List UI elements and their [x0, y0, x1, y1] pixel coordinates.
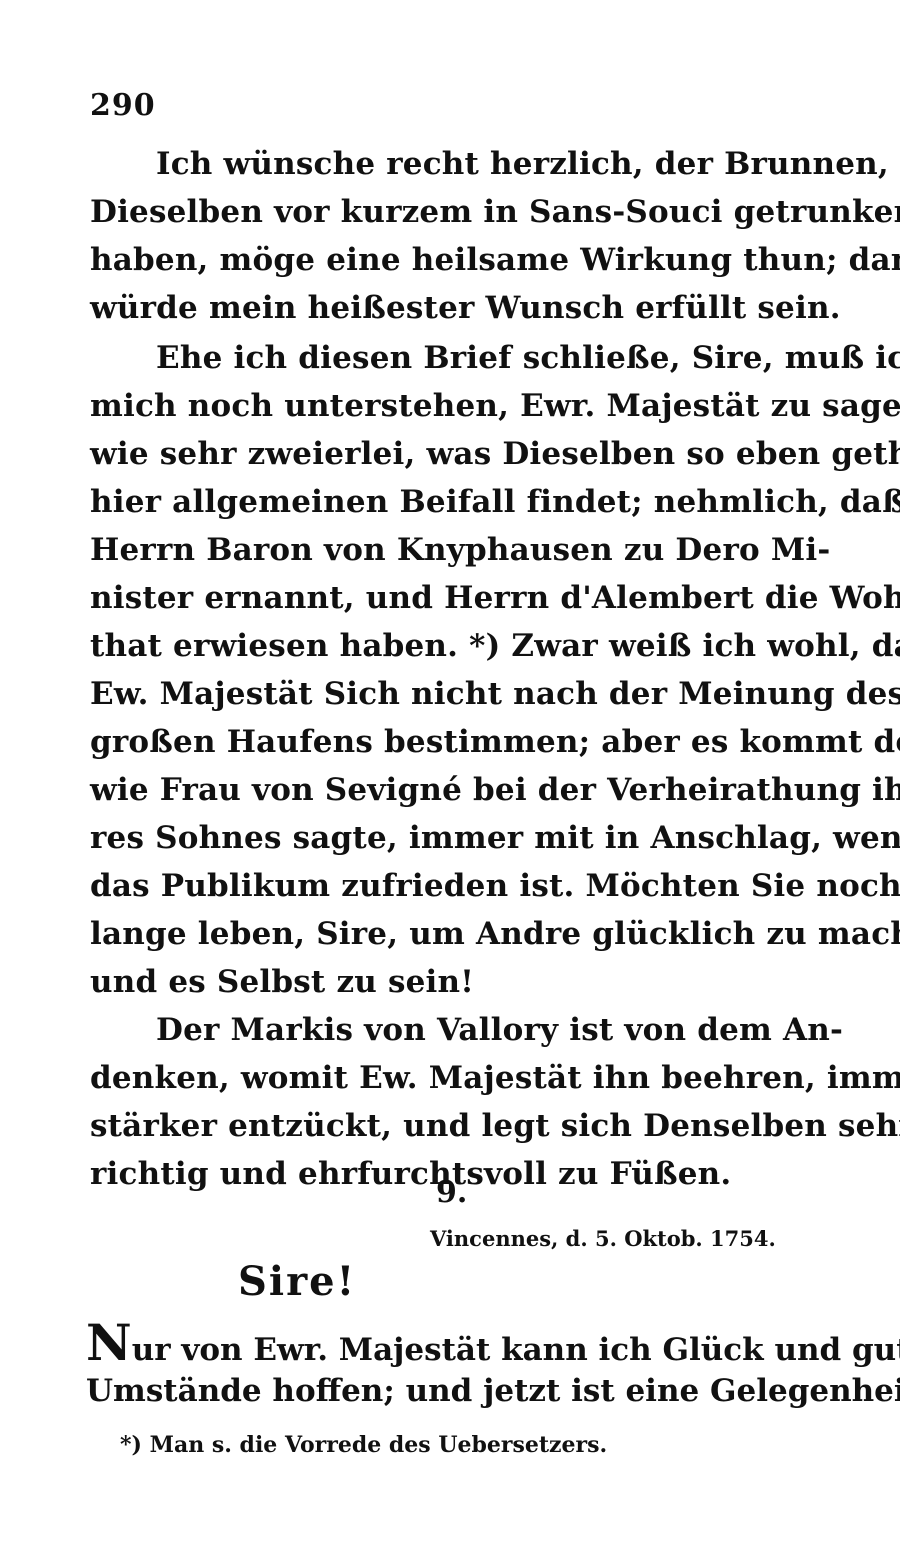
body-line: Ew. Majestät Sich nicht nach der Meinung…	[90, 674, 814, 714]
book-page: 290 Ich wünsche recht herzlich, der Brun…	[0, 0, 900, 1548]
body-line: würde mein heißester Wunsch erfüllt sein…	[90, 288, 814, 328]
footnote-marker: *)	[120, 1432, 142, 1458]
opening-line-text: ur von Ewr. Majestät kann ich Glück und …	[132, 1332, 900, 1368]
body-line: wie sehr zweierlei, was Dieselben so ebe…	[90, 434, 814, 474]
letter-number: 9.	[436, 1175, 467, 1210]
body-line: und es Selbst zu sein!	[90, 962, 814, 1002]
letter-salutation: Sire!	[238, 1258, 356, 1305]
body-line: großen Haufens bestimmen; aber es kommt …	[90, 722, 814, 762]
body-line: nister ernannt, und Herrn d'Alembert die…	[90, 578, 814, 618]
footnote-text: Man s. die Vorrede des Uebersetzers.	[150, 1432, 608, 1458]
body-line: mich noch unterstehen, Ewr. Majestät zu …	[90, 386, 814, 426]
letter-opening-line: Umstände hoffen; und jetzt ist eine Gele…	[86, 1370, 814, 1412]
body-line: haben, möge eine heilsame Wirkung thun; …	[90, 240, 814, 280]
letter-dateline: Vincennes, d. 5. Oktob. 1754.	[430, 1226, 776, 1251]
body-line-footnote-ref: that erwiesen haben. *) Zwar weiß ich wo…	[90, 626, 814, 666]
body-line: stärker entzückt, und legt sich Denselbe…	[90, 1106, 814, 1146]
body-line: Ich wünsche recht herzlich, der Brunnen,…	[156, 144, 814, 184]
footnote: *) Man s. die Vorrede des Uebersetzers.	[120, 1432, 607, 1458]
body-line: Der Markis von Vallory ist von dem An-	[156, 1010, 814, 1050]
body-line: das Publikum zufrieden ist. Möchten Sie …	[90, 866, 814, 906]
body-line: Dieselben vor kurzem in Sans-Souci getru…	[90, 192, 814, 232]
letter-opening-line: Nur von Ewr. Majestät kann ich Glück und…	[86, 1322, 814, 1371]
body-line: res Sohnes sagte, immer mit in Anschlag,…	[90, 818, 814, 858]
body-line: Ehe ich diesen Brief schließe, Sire, muß…	[156, 338, 814, 378]
drop-cap: N	[86, 1313, 132, 1372]
page-number: 290	[90, 88, 156, 123]
body-line: denken, womit Ew. Majestät ihn beehren, …	[90, 1058, 814, 1098]
body-line: lange leben, Sire, um Andre glücklich zu…	[90, 914, 814, 954]
body-line: hier allgemeinen Beifall findet; nehmlic…	[90, 482, 814, 522]
body-line: wie Frau von Sevigné bei der Verheirathu…	[90, 770, 814, 810]
body-line: Herrn Baron von Knyphausen zu Dero Mi-	[90, 530, 814, 570]
